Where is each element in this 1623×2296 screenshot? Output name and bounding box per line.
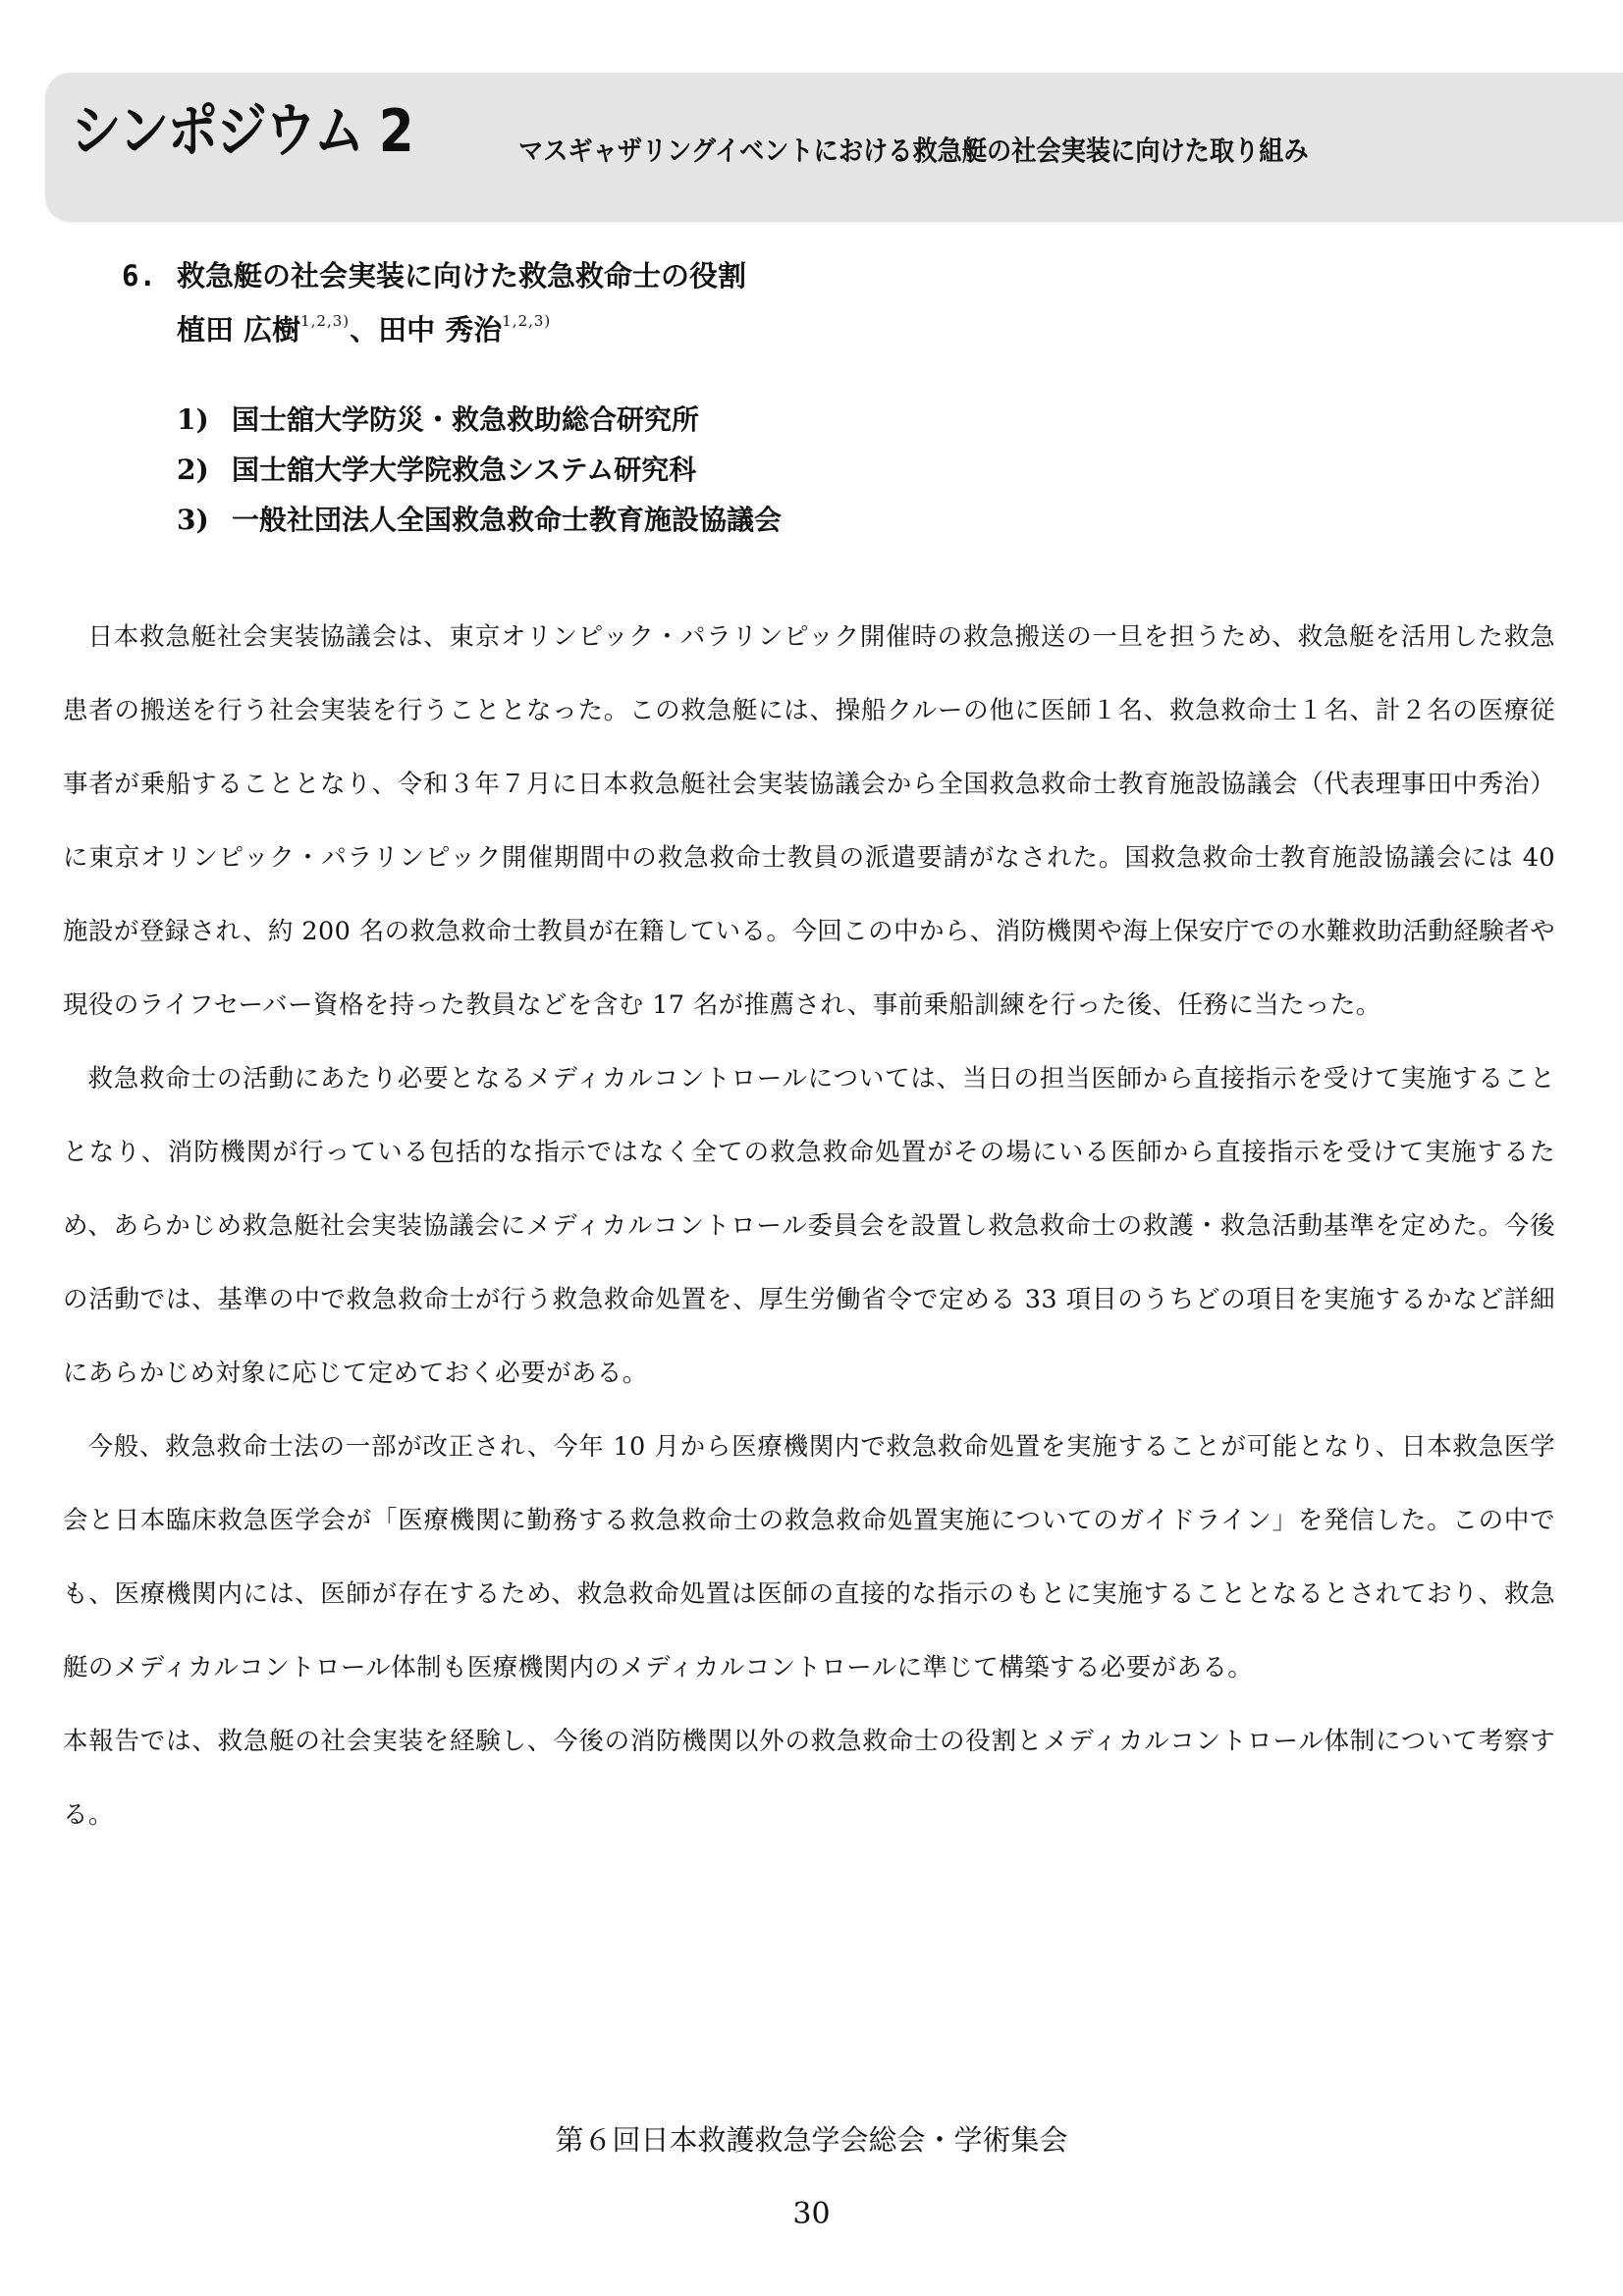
affiliation-number: 1) — [177, 395, 232, 445]
affiliation-name: 国士舘大学大学院救急システム研究科 — [232, 454, 696, 486]
talk-title: 救急艇の社会実装に向けた救急救命士の役割 — [177, 259, 746, 293]
affiliation-item: 2)国士舘大学大学院救急システム研究科 — [177, 445, 782, 495]
talk-heading: 6.救急艇の社会実装に向けた救急救命士の役割 — [122, 253, 746, 298]
symposium-header: シンポジウム 2 マスギャザリングイベントにおける救急艇の社会実装に向けた取り組… — [45, 73, 1623, 222]
author-name: 田中 秀治 — [378, 313, 502, 347]
talk-number: 6. — [122, 253, 177, 298]
affiliation-item: 3)一般社団法人全国救急救命士教育施設協議会 — [177, 495, 782, 545]
affiliation-marks: 1,2,3) — [502, 312, 551, 330]
page-number: 30 — [0, 2195, 1623, 2234]
author-separator: 、 — [350, 313, 378, 347]
affiliation-name: 国士舘大学防災・救急救助総合研究所 — [232, 403, 699, 436]
body-paragraph: 日本救急艇社会実装協議会は、東京オリンピック・パラリンピック開催時の救急搬送の一… — [63, 601, 1555, 1042]
affiliation-number: 3) — [177, 495, 232, 545]
conference-footer: 第６回日本救護救急学会総会・学術集会 — [0, 2120, 1623, 2160]
body-paragraph: 今般、救急救命士法の一部が改正され、今年 10 月から医療機関内で救急救命処置を… — [63, 1411, 1555, 1705]
affiliation-marks: 1,2,3) — [300, 312, 350, 330]
affiliation-item: 1)国士舘大学防災・救急救助総合研究所 — [177, 395, 782, 445]
affiliation-number: 2) — [177, 445, 232, 495]
symposium-title: シンポジウム 2 — [71, 102, 412, 161]
affiliation-list: 1)国士舘大学防災・救急救助総合研究所 2)国士舘大学大学院救急システム研究科 … — [177, 395, 782, 545]
body-paragraph: 救急救命士の活動にあたり必要となるメディカルコントロールについては、当日の担当医… — [63, 1042, 1555, 1411]
body-paragraph: 本報告では、救急艇の社会実装を経験し、今後の消防機関以外の救急救命士の役割とメデ… — [63, 1705, 1555, 1852]
abstract-body: 日本救急艇社会実装協議会は、東京オリンピック・パラリンピック開催時の救急搬送の一… — [63, 601, 1555, 1852]
author-name: 植田 広樹 — [177, 313, 300, 347]
affiliation-name: 一般社団法人全国救急救命士教育施設協議会 — [232, 504, 782, 536]
symposium-subtitle: マスギャザリングイベントにおける救急艇の社会実装に向けた取り組み — [518, 137, 1309, 165]
author-list: 植田 広樹1,2,3)、田中 秀治1,2,3) — [177, 298, 551, 352]
